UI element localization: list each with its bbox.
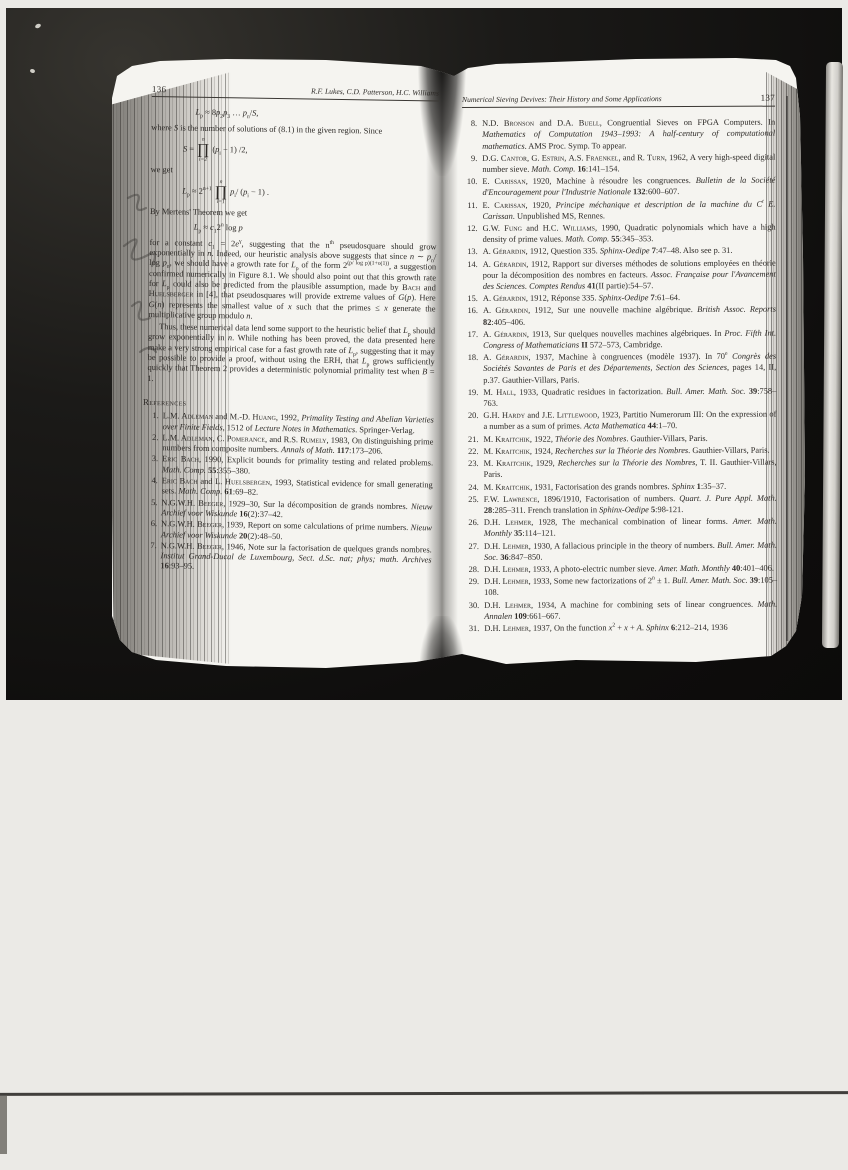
reference-text: F.W. Lawrence, 1896/1910, Factorisation … [484, 492, 777, 516]
reference-text: N.G.W.H. Beeger, 1946, Note sur la facto… [160, 541, 431, 576]
reference-text: M. Kraitchik, 1931, Factorisation des gr… [484, 480, 777, 492]
right-running-title: Numerical Sieving Devives: Their History… [462, 93, 662, 105]
reference-item: 31.D.H. Lehmer, 1937, On the function x2… [464, 622, 777, 635]
reference-text: D.H. Lehmer, 1937, On the function x2 + … [484, 622, 777, 634]
right-references-list: 8.N.D. Bronson and D.A. Buell, Congruent… [462, 117, 777, 634]
reference-number: 27. [464, 540, 479, 562]
reference-number: 9. [462, 153, 477, 175]
left-running-authors: R.F. Lukes, C.D. Patterson, H.C. William… [311, 86, 439, 98]
reference-number: 1. [147, 411, 159, 432]
reference-item: 11.E. Carissan, 1920, Principe méchaniqu… [462, 198, 775, 222]
reference-number: 7. [144, 541, 156, 572]
reference-number: 3. [146, 454, 158, 475]
reference-text: M. Kraitchik, 1929, Recherches sur la Th… [484, 457, 777, 481]
reference-item: 23.M. Kraitchik, 1929, Recherches sur la… [464, 457, 777, 481]
reference-text: A. Gérardin, 1913, Sur quelques nouvelle… [483, 327, 776, 351]
equation: Lp ≈ c12n log p [194, 223, 437, 237]
reference-item: 16.A. Gérardin, 1912, Sur une nouvelle m… [463, 304, 776, 328]
reference-item: 24.M. Kraitchik, 1931, Factorisation des… [464, 480, 777, 493]
reference-item: 20.G.H. Hardy and J.E. Littlewood, 1923,… [463, 409, 776, 433]
reference-text: N.G.W.H. Beeger, 1929–30, Sur la décompo… [161, 498, 432, 523]
right-page-edge-shadow [786, 96, 788, 641]
reference-number: 23. [464, 458, 479, 480]
left-running-head: 136 R.F. Lukes, C.D. Patterson, H.C. Wil… [152, 84, 439, 102]
reference-text: D.H. Lehmer, 1933, Some new factorizatio… [484, 575, 777, 599]
equation-product: S =n∏i=2(pi − 1) /2, [183, 136, 438, 166]
left-references-list: 1.L.M. Adleman and M.-D. Huang, 1992, Pr… [144, 411, 433, 576]
left-page-body: Lp ≈ 8p2p3 … pn/S,where S is the number … [147, 107, 438, 388]
reference-item: 21.M. Kraitchik, 1922, Théorie des Nombr… [463, 432, 776, 445]
reference-text: D.G. Cantor, G. Estrin, A.S. Fraenkel, a… [482, 151, 775, 175]
reference-text: E. Carissan, 1920, Machine à résoudre le… [482, 175, 775, 199]
right-running-head: Numerical Sieving Devives: Their History… [462, 93, 775, 109]
body-paragraph: Thus, these numerical data lend some sup… [147, 322, 435, 388]
reference-text: A. Gérardin, 1912, Réponse 335. Sphinx-O… [483, 292, 776, 304]
reference-item: 25.F.W. Lawrence, 1896/1910, Factorisati… [464, 492, 777, 516]
reference-number: 4. [146, 476, 158, 497]
right-page-number: 137 [761, 93, 775, 104]
reference-text: N.G.W.H. Beeger, 1939, Report on some ca… [161, 519, 432, 544]
reference-text: A. Gérardin, 1937, Machine à congruences… [483, 351, 776, 386]
reference-item: 13.A. Gérardin, 1912, Question 335. Sphi… [463, 245, 776, 258]
open-book: 136 R.F. Lukes, C.D. Patterson, H.C. Wil… [76, 56, 816, 674]
reference-number: 11. [462, 200, 477, 222]
text-line: we get [151, 165, 438, 180]
reference-text: M. Hall, 1933, Quadratic residues in fac… [483, 386, 776, 410]
product-operator: n∏i=1 [215, 179, 228, 205]
reference-number: 26. [464, 517, 479, 539]
reference-item: 19.M. Hall, 1933, Quadratic residues in … [463, 386, 776, 410]
reference-item: 8.N.D. Bronson and D.A. Buell, Congruent… [462, 117, 775, 152]
reference-number: 31. [464, 623, 479, 634]
reference-item: 12.G.W. Fung and H.C. Williams, 1990, Qu… [463, 222, 776, 246]
reference-text: A. Gérardin, 1912, Question 335. Sphinx-… [483, 245, 776, 257]
scan-bottom-line [0, 1091, 848, 1096]
reference-number: 18. [463, 352, 478, 386]
reference-text: D.H. Lehmer, 1934, A machine for combini… [484, 598, 777, 622]
reference-number: 13. [463, 246, 478, 257]
reference-item: 10.E. Carissan, 1920, Machine à résoudre… [462, 175, 775, 199]
reference-item: 15.A. Gérardin, 1912, Réponse 335. Sphin… [463, 292, 776, 305]
reference-item: 18.A. Gérardin, 1937, Machine à congruen… [463, 351, 776, 386]
reference-item: 22.M. Kraitchik, 1924, Recherches sur la… [464, 445, 777, 458]
reference-number: 5. [145, 498, 157, 519]
reference-number: 29. [464, 576, 479, 598]
reference-number: 6. [145, 519, 157, 540]
reference-number: 16. [463, 305, 478, 327]
reference-item: 27.D.H. Lehmer, 1930, A fallacious princ… [464, 539, 777, 563]
product-operator: n∏i=2 [197, 137, 210, 163]
reference-text: D.H. Lehmer, 1928, The mechanical combin… [484, 516, 777, 540]
reference-text: D.H. Lehmer, 1933, A photo-electric numb… [484, 563, 777, 575]
scan-edge-mark [0, 1096, 7, 1154]
reference-text: Eric Bach, 1990, Explicit bounds for pri… [162, 455, 433, 480]
reference-number: 30. [464, 599, 479, 621]
reference-number: 21. [463, 434, 478, 445]
reference-text: G.W. Fung and H.C. Williams, 1990, Quadr… [483, 222, 776, 246]
references-heading: References [143, 397, 434, 412]
reference-number: 22. [464, 446, 479, 457]
reference-text: L.M. Adleman, C. Pomerance, and R.S. Rum… [162, 433, 433, 458]
reference-text: N.D. Bronson and D.A. Buell, Congruentia… [482, 117, 775, 152]
reference-number: 24. [464, 481, 479, 492]
reference-text: A. Gérardin, 1912, Sur une nouvelle mach… [483, 304, 776, 328]
reference-text: D.H. Lehmer, 1930, A fallacious principl… [484, 539, 777, 563]
reference-item: 29.D.H. Lehmer, 1933, Some new factoriza… [464, 575, 777, 599]
reference-item: 26.D.H. Lehmer, 1928, The mechanical com… [464, 516, 777, 540]
body-paragraph: for a constant c1 = 2eγ, suggesting that… [148, 238, 436, 325]
reference-number: 28. [464, 564, 479, 575]
reference-number: 14. [463, 259, 478, 293]
reference-text: Eric Bach and L. Huelsbergen, 1993, Stat… [162, 476, 433, 501]
reference-text: M. Kraitchik, 1922, Théorie des Nombres.… [483, 432, 776, 444]
reference-text: M. Kraitchik, 1924, Recherches sur la Th… [484, 445, 777, 457]
reference-item: 28.D.H. Lehmer, 1933, A photo-electric n… [464, 563, 777, 576]
left-page: 136 R.F. Lukes, C.D. Patterson, H.C. Wil… [144, 84, 439, 577]
reference-number: 20. [463, 410, 478, 432]
reference-item: 9.D.G. Cantor, G. Estrin, A.S. Fraenkel,… [462, 151, 775, 175]
reference-number: 17. [463, 329, 478, 351]
reference-item: 14.A. Gérardin, 1912, Rapport sur divers… [463, 257, 776, 292]
reference-text: L.M. Adleman and M.-D. Huang, 1992, Prim… [163, 411, 434, 436]
reference-item: 17.A. Gérardin, 1913, Sur quelques nouve… [463, 327, 776, 351]
reference-number: 8. [462, 118, 477, 152]
reference-item: 7.N.G.W.H. Beeger, 1946, Note sur la fac… [144, 541, 431, 576]
equation: Lp ≈ 8p2p3 … pn/S, [195, 108, 438, 122]
reference-text: A. Gérardin, 1912, Rapport sur diverses … [483, 257, 776, 292]
text-line: By Mertens' Theorem we get [150, 207, 437, 222]
text-line: where S is the number of solutions of (8… [151, 123, 438, 138]
reference-number: 25. [464, 494, 479, 516]
reference-number: 10. [462, 176, 477, 198]
left-page-number: 136 [152, 84, 167, 95]
right-page: Numerical Sieving Devives: Their History… [462, 93, 777, 636]
reference-number: 2. [146, 433, 158, 454]
reference-number: 15. [463, 293, 478, 304]
reference-text: G.H. Hardy and J.E. Littlewood, 1923, Pa… [483, 409, 776, 433]
reference-item: 30.D.H. Lehmer, 1934, A machine for comb… [464, 598, 777, 622]
equation-product: Lp ≈ 2n+1n∏i=1pi/ (pi − 1) . [182, 179, 437, 209]
reference-number: 12. [463, 223, 478, 245]
scanned-book-photo: 136 R.F. Lukes, C.D. Patterson, H.C. Wil… [0, 0, 848, 1170]
reference-text: E. Carissan, 1920, Principe méchanique e… [482, 198, 775, 222]
reference-number: 19. [463, 387, 478, 409]
